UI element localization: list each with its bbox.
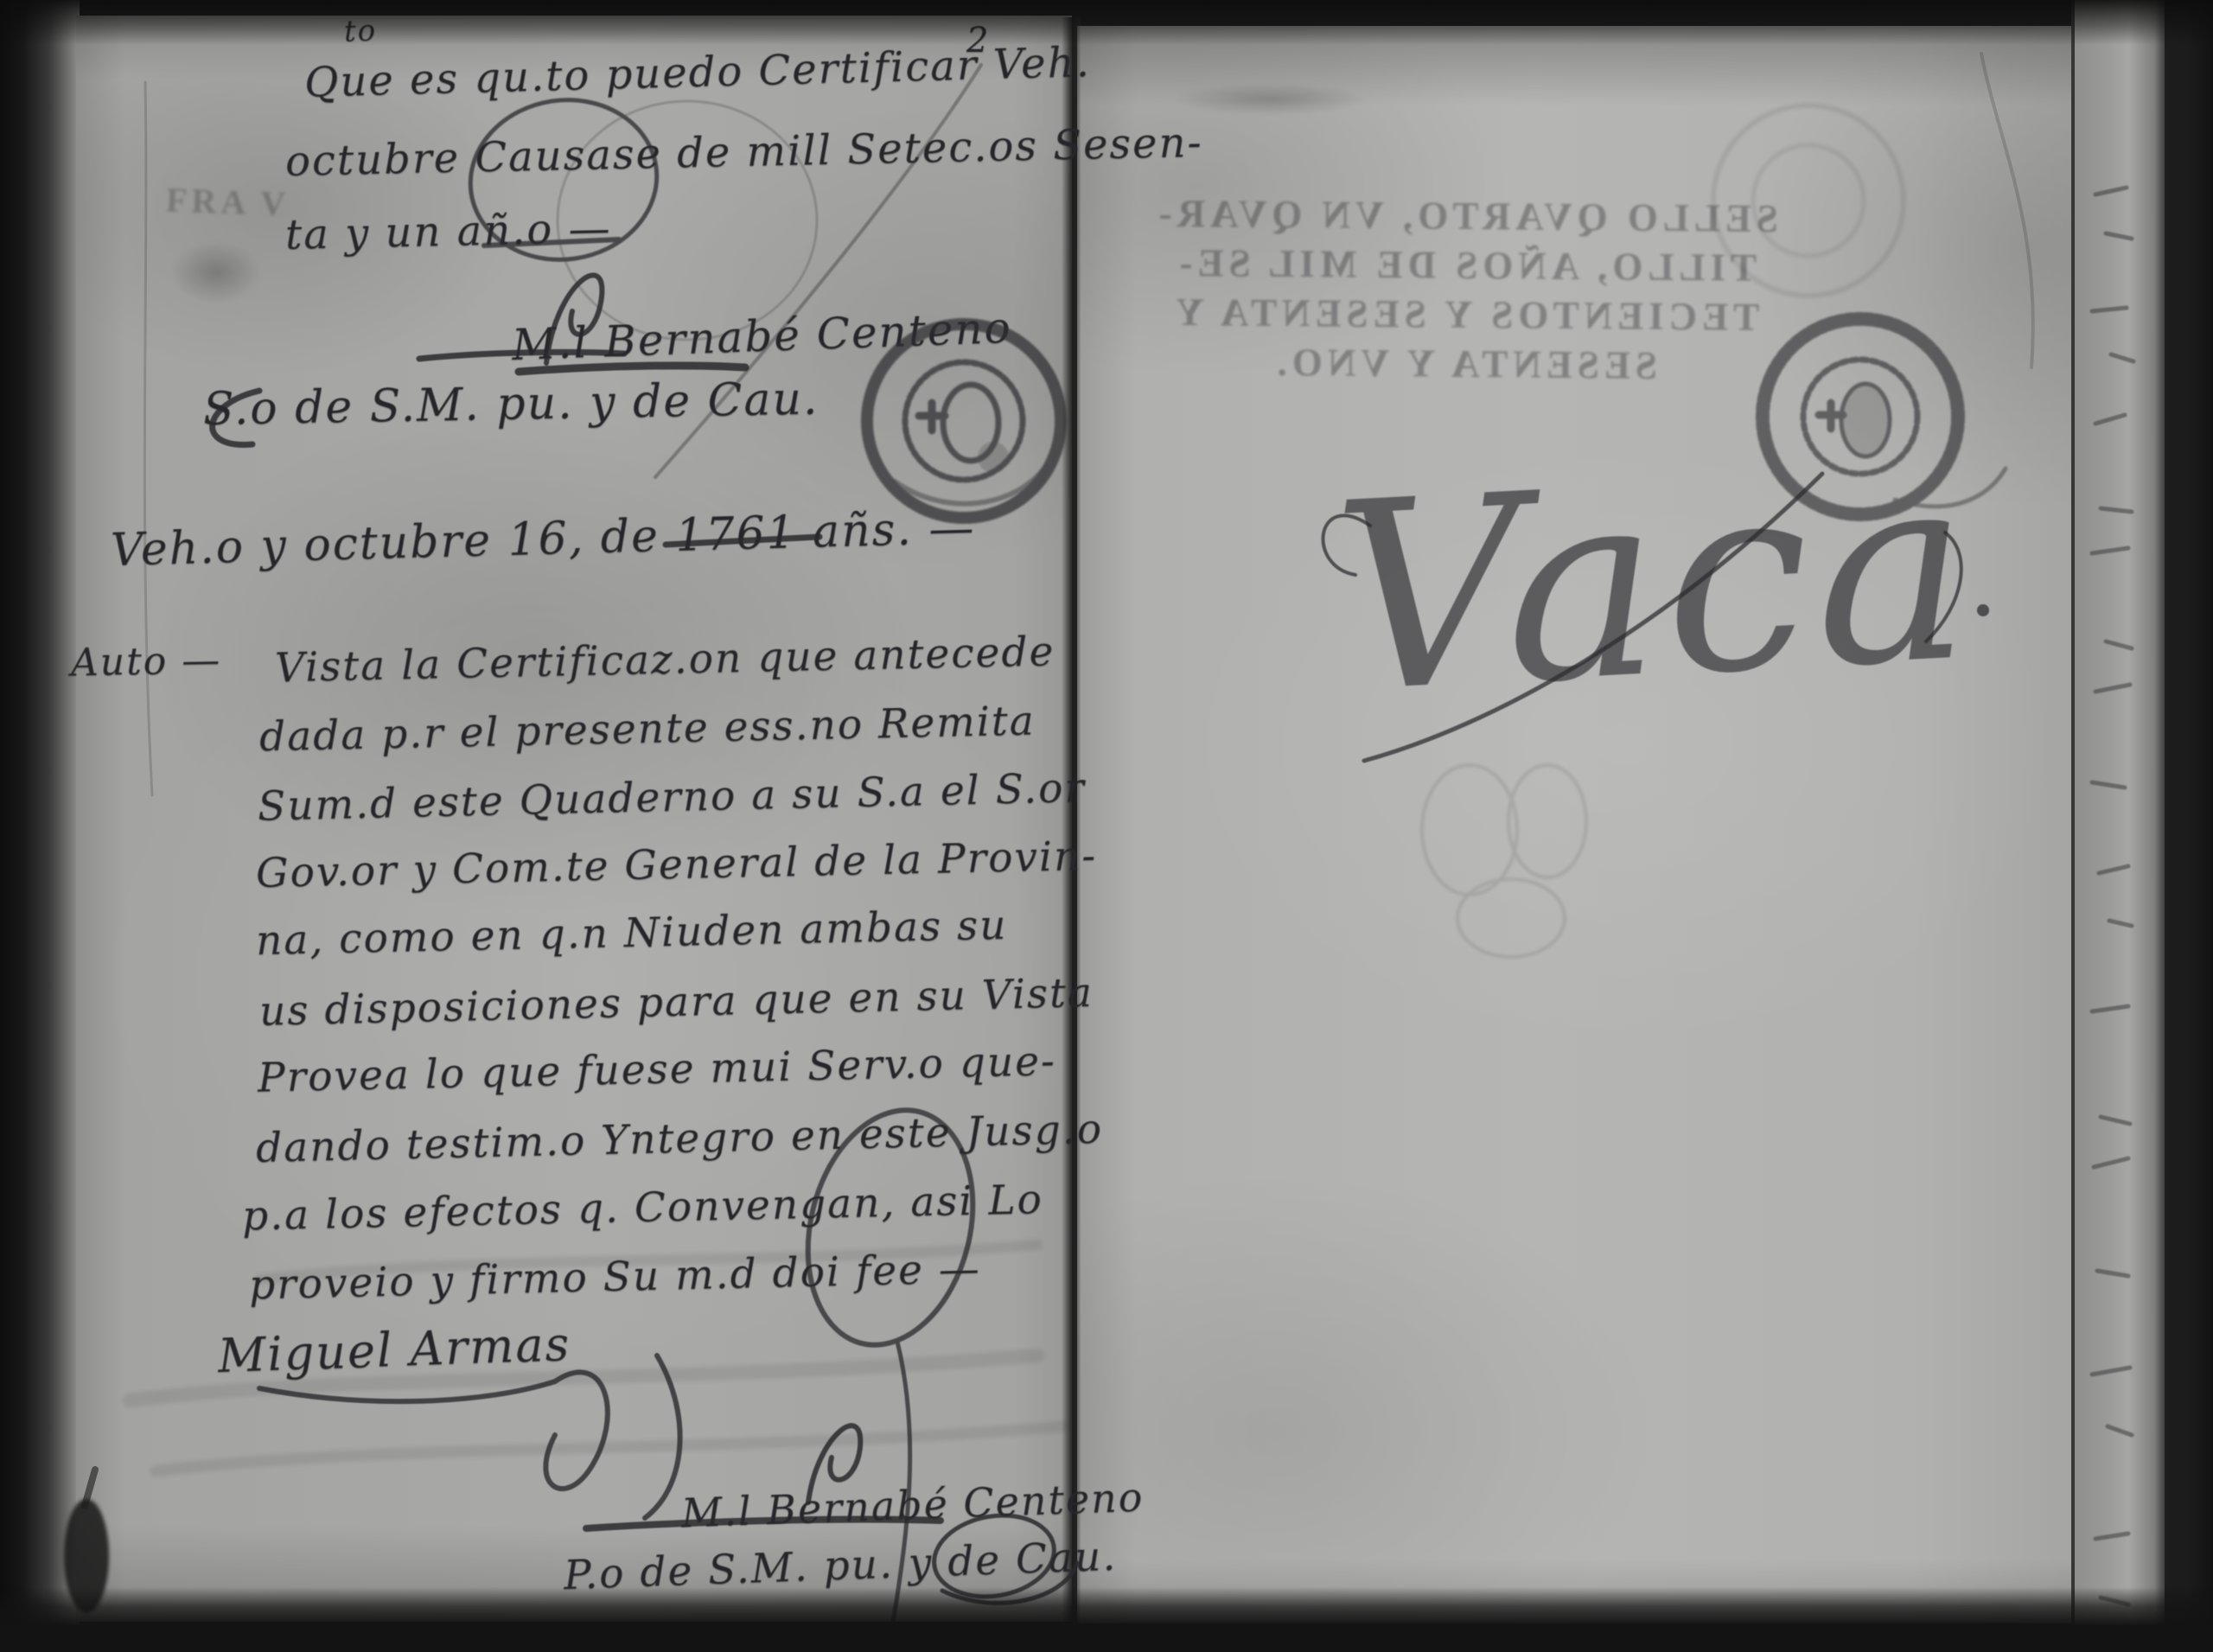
manuscript-scan: FRA V to 2 Que es qu.to puedo Certificar… (0, 0, 2213, 1652)
paper-creases (144, 54, 2032, 795)
ghost-ring (1713, 105, 1904, 296)
ink-overlay (0, 0, 2213, 1652)
bleedthrough-loops (1422, 765, 1586, 957)
bleedthrough-writing (130, 1245, 1063, 1471)
rubric-bottom (586, 1426, 1077, 1605)
scan-top-shadow (0, 0, 2213, 45)
left-seal (867, 324, 1061, 518)
scan-bottom-shadow (0, 1587, 2213, 1652)
fore-edge-text-fragments (2092, 188, 2133, 1604)
right-seal (1763, 319, 2006, 514)
rubric-top (213, 275, 820, 545)
